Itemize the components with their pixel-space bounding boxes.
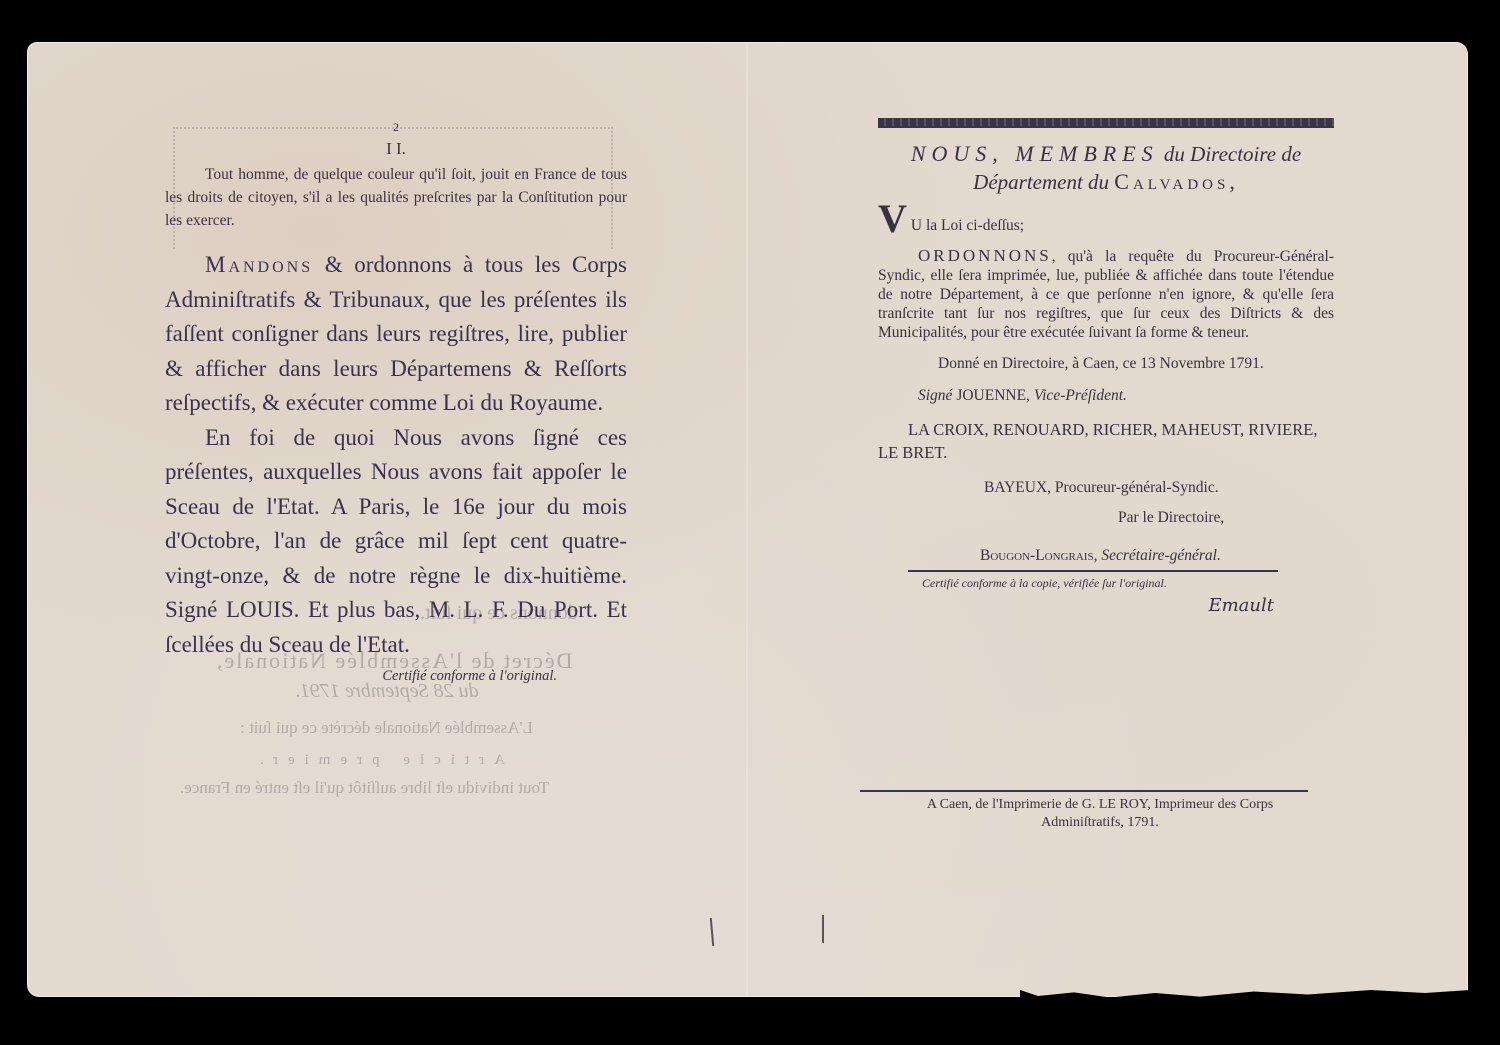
secretary-name: Bougon-Longrais, xyxy=(980,547,1097,564)
pin-mark xyxy=(822,915,824,943)
heading-nous: NOUS, MEMBRES xyxy=(911,141,1159,166)
heading-departement: Département du xyxy=(973,170,1109,194)
ordonnons-paragraph: ORDONNONS, qu'à la requête du Procureur-… xyxy=(878,246,1334,342)
secretary-line: Bougon-Longrais, Secrétaire-général. xyxy=(878,546,1334,566)
given-line: Donné en Directoire, à Caen, ce 13 Novem… xyxy=(878,354,1334,374)
ornamental-rule xyxy=(878,118,1334,128)
right-page: NOUS, MEMBRES du Directoire de Départeme… xyxy=(878,118,1334,616)
members-list: LA CROIX, RENOUARD, RICHER, MAHEUST, RIV… xyxy=(878,418,1334,464)
imprint-block: A Caen, de l'Imprimerie de G. LE ROY, Im… xyxy=(870,790,1330,832)
imprint-rule xyxy=(860,790,1308,792)
signature-rule xyxy=(908,570,1278,572)
certification-left: Certifié conforme à l'original. xyxy=(165,668,557,685)
heading-calvados: Calvados, xyxy=(1114,169,1239,194)
par-directoire: Par le Directoire, xyxy=(878,508,1334,528)
article-number: I I. xyxy=(165,139,627,159)
page-number: 2 xyxy=(165,120,627,135)
torn-edge xyxy=(1020,990,1470,1020)
handwritten-signature: Emault xyxy=(878,595,1274,616)
certification-right: Certifié conforme à la copie, vérifiée ſ… xyxy=(878,576,1334,591)
signed-line: Signé JOUENNE, Vice-Préſident. xyxy=(878,386,1334,406)
signed-title: Vice-Préſident. xyxy=(1034,387,1127,404)
bleed-through-line: L'Assemblée Nationale décrète ce qui ſui… xyxy=(240,718,533,738)
bleed-through-line: Tout individu eſt libre auſſitôt qu'il e… xyxy=(180,778,549,798)
heading-directoire: du Directoire de xyxy=(1164,142,1301,166)
article-text: Tout homme, de quelque couleur qu'il ſoi… xyxy=(165,163,627,232)
imprint-line-1: A Caen, de l'Imprimerie de G. LE ROY, Im… xyxy=(870,796,1330,814)
en-foi-paragraph: En foi de quoi Nous avons ſigné ces préſ… xyxy=(165,421,627,663)
heading: NOUS, MEMBRES du Directoire de Départeme… xyxy=(878,140,1334,196)
vu-text: U la Loi ci-deſſus; xyxy=(911,216,1024,236)
center-fold xyxy=(745,42,749,997)
bayeux-line: BAYEUX, Procureur-général-Syndic. xyxy=(878,478,1334,498)
signed-name: JOUENNE, xyxy=(956,387,1030,404)
ordonnons-lead: ORDONNONS xyxy=(918,246,1052,265)
imprint-line-2: Adminiſtratifs, 1791. xyxy=(870,814,1330,832)
bleed-through-line: Article premier. xyxy=(250,752,505,769)
vu-line: V U la Loi ci-deſſus; xyxy=(878,202,1334,236)
mandons-paragraph: Mandons & ordonnons à tous les Corps Adm… xyxy=(165,248,627,421)
signed-prefix: Signé xyxy=(918,387,952,404)
secretary-title: Secrétaire-général. xyxy=(1101,547,1221,564)
left-page: 2 I I. Tout homme, de quelque couleur qu… xyxy=(165,120,627,685)
drop-cap: V xyxy=(878,202,907,236)
mandons-lead: Mandons xyxy=(205,252,313,277)
